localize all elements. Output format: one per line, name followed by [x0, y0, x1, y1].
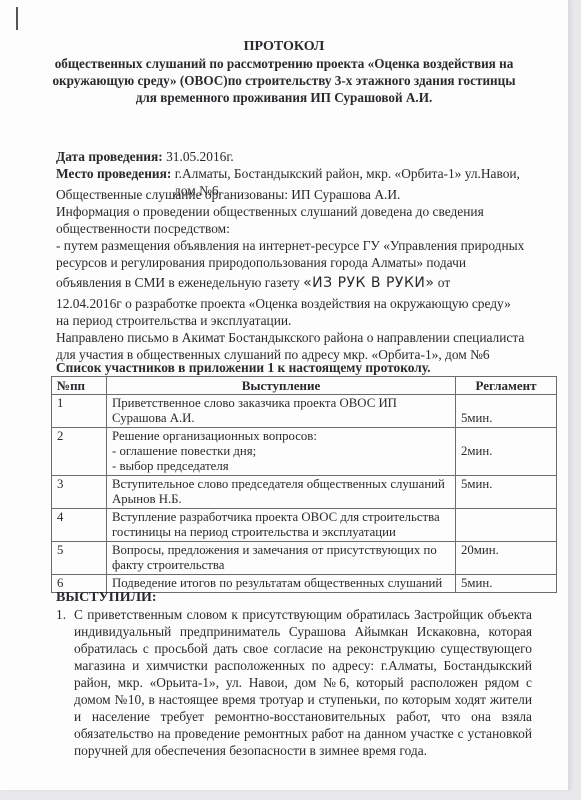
date-value: 31.05.2016г. [166, 148, 234, 165]
date-label: Дата проведения: [56, 148, 166, 165]
table-row: 1 Приветственное слово заказчика проекта… [52, 395, 557, 428]
header-speech: Выступление [107, 377, 456, 395]
margin-mark [16, 7, 18, 30]
speech-line: Вопросы, предложения и замечания от прис… [112, 543, 450, 558]
speech-line: Сурашова А.И. [112, 411, 450, 426]
organizer-line: Общественные слушание организованы: ИП С… [56, 186, 526, 203]
newspaper-after: от [434, 275, 450, 290]
header-regulation: Регламент [456, 377, 557, 395]
date-row: Дата проведения: 31.05.2016г. [56, 148, 520, 165]
speech-line: гостиницы на период строительства и эксп… [112, 525, 450, 540]
row-regulation [456, 509, 557, 542]
speech-line: Вступление разработчика проекта ОВОС для… [112, 510, 450, 525]
row-regulation: 5мин. [456, 575, 557, 593]
table-row: 3 Вступительное слово председателя общес… [52, 476, 557, 509]
newspaper-line: объявления в СМИ в еженедельную газету «… [56, 274, 526, 292]
row-num: 2 [52, 428, 107, 476]
speech-line: факту строительства [112, 558, 450, 573]
subtitle-line: общественных слушаний по рассмотрению пр… [0, 55, 568, 72]
speech-line: - выбор председателя [112, 459, 450, 474]
row-speech: Вступительное слово председателя обществ… [107, 476, 456, 509]
row-speech: Решение организационных вопросов: - огла… [107, 428, 456, 476]
internet-line: - путем размещения объявления на интерне… [56, 237, 526, 271]
row-speech: Подведение итогов по результатам обществ… [107, 575, 456, 593]
row-speech: Вопросы, предложения и замечания от прис… [107, 542, 456, 575]
place-row: Место проведения: г.Алматы, Бостандыкски… [56, 165, 520, 182]
row-regulation: 5мин. [456, 476, 557, 509]
row-num: 3 [52, 476, 107, 509]
speech-line: Решение организационных вопросов: [112, 429, 450, 444]
subtitle-line: окружающую среду» (ОВОС)по строительству… [0, 72, 568, 89]
row-speech: Вступление разработчика проекта ОВОС для… [107, 509, 456, 542]
document-header: ПРОТОКОЛ общественных слушаний по рассмо… [0, 38, 568, 106]
place-value: г.Алматы, Бостандыкский район, мкр. «Орб… [175, 165, 520, 182]
speech-line: Приветственное слово заказчика проекта О… [112, 396, 450, 411]
letter-line: Направлено письмо в Акимат Бостандыкског… [56, 329, 526, 363]
participants-note: Список участников в приложении 1 к насто… [56, 360, 430, 376]
speech-item-number: 1. [56, 606, 74, 759]
row-num: 1 [52, 395, 107, 428]
agenda-table: №пп Выступление Регламент 1 Приветственн… [51, 376, 557, 593]
speeches-list: 1. С приветственным словом к присутствую… [56, 606, 532, 759]
info-section: Общественные слушание организованы: ИП С… [56, 186, 526, 363]
subtitle-line: для временного проживания ИП Сурашовой А… [0, 89, 568, 106]
speech-line: Арынов Н.Б. [112, 492, 450, 507]
table-row: 2 Решение организационных вопросов: - ог… [52, 428, 557, 476]
place-label: Место проведения: [56, 165, 175, 182]
speech-line: Вступительное слово председателя обществ… [112, 477, 450, 492]
row-regulation: 2мин. [456, 428, 557, 476]
document-page: ПРОТОКОЛ общественных слушаний по рассмо… [0, 0, 568, 790]
speech-item-text: С приветственным словом к присутствующим… [74, 606, 532, 759]
row-speech: Приветственное слово заказчика проекта О… [107, 395, 456, 428]
speeches-title: ВЫСТУПИЛИ: [56, 590, 157, 606]
table-header-row: №пп Выступление Регламент [52, 377, 557, 395]
table-row: 5 Вопросы, предложения и замечания от пр… [52, 542, 557, 575]
project-line: 12.04.2016г о разработке проекта «Оценка… [56, 295, 526, 329]
table-row: 4 Вступление разработчика проекта ОВОС д… [52, 509, 557, 542]
header-num: №пп [52, 377, 107, 395]
info-line: Информация о проведении общественных слу… [56, 203, 526, 237]
row-num: 4 [52, 509, 107, 542]
newspaper-before: объявления в СМИ в еженедельную газету [56, 275, 303, 290]
speech-line: Подведение итогов по результатам обществ… [112, 576, 450, 591]
speech-item: 1. С приветственным словом к присутствую… [56, 606, 532, 759]
row-regulation: 5мин. [456, 395, 557, 428]
speech-line: - оглашение повестки дня; [112, 444, 450, 459]
row-num: 5 [52, 542, 107, 575]
document-title: ПРОТОКОЛ [0, 38, 568, 55]
newspaper-name: «ИЗ РУК В РУКИ» [303, 275, 434, 291]
row-regulation: 20мин. [456, 542, 557, 575]
